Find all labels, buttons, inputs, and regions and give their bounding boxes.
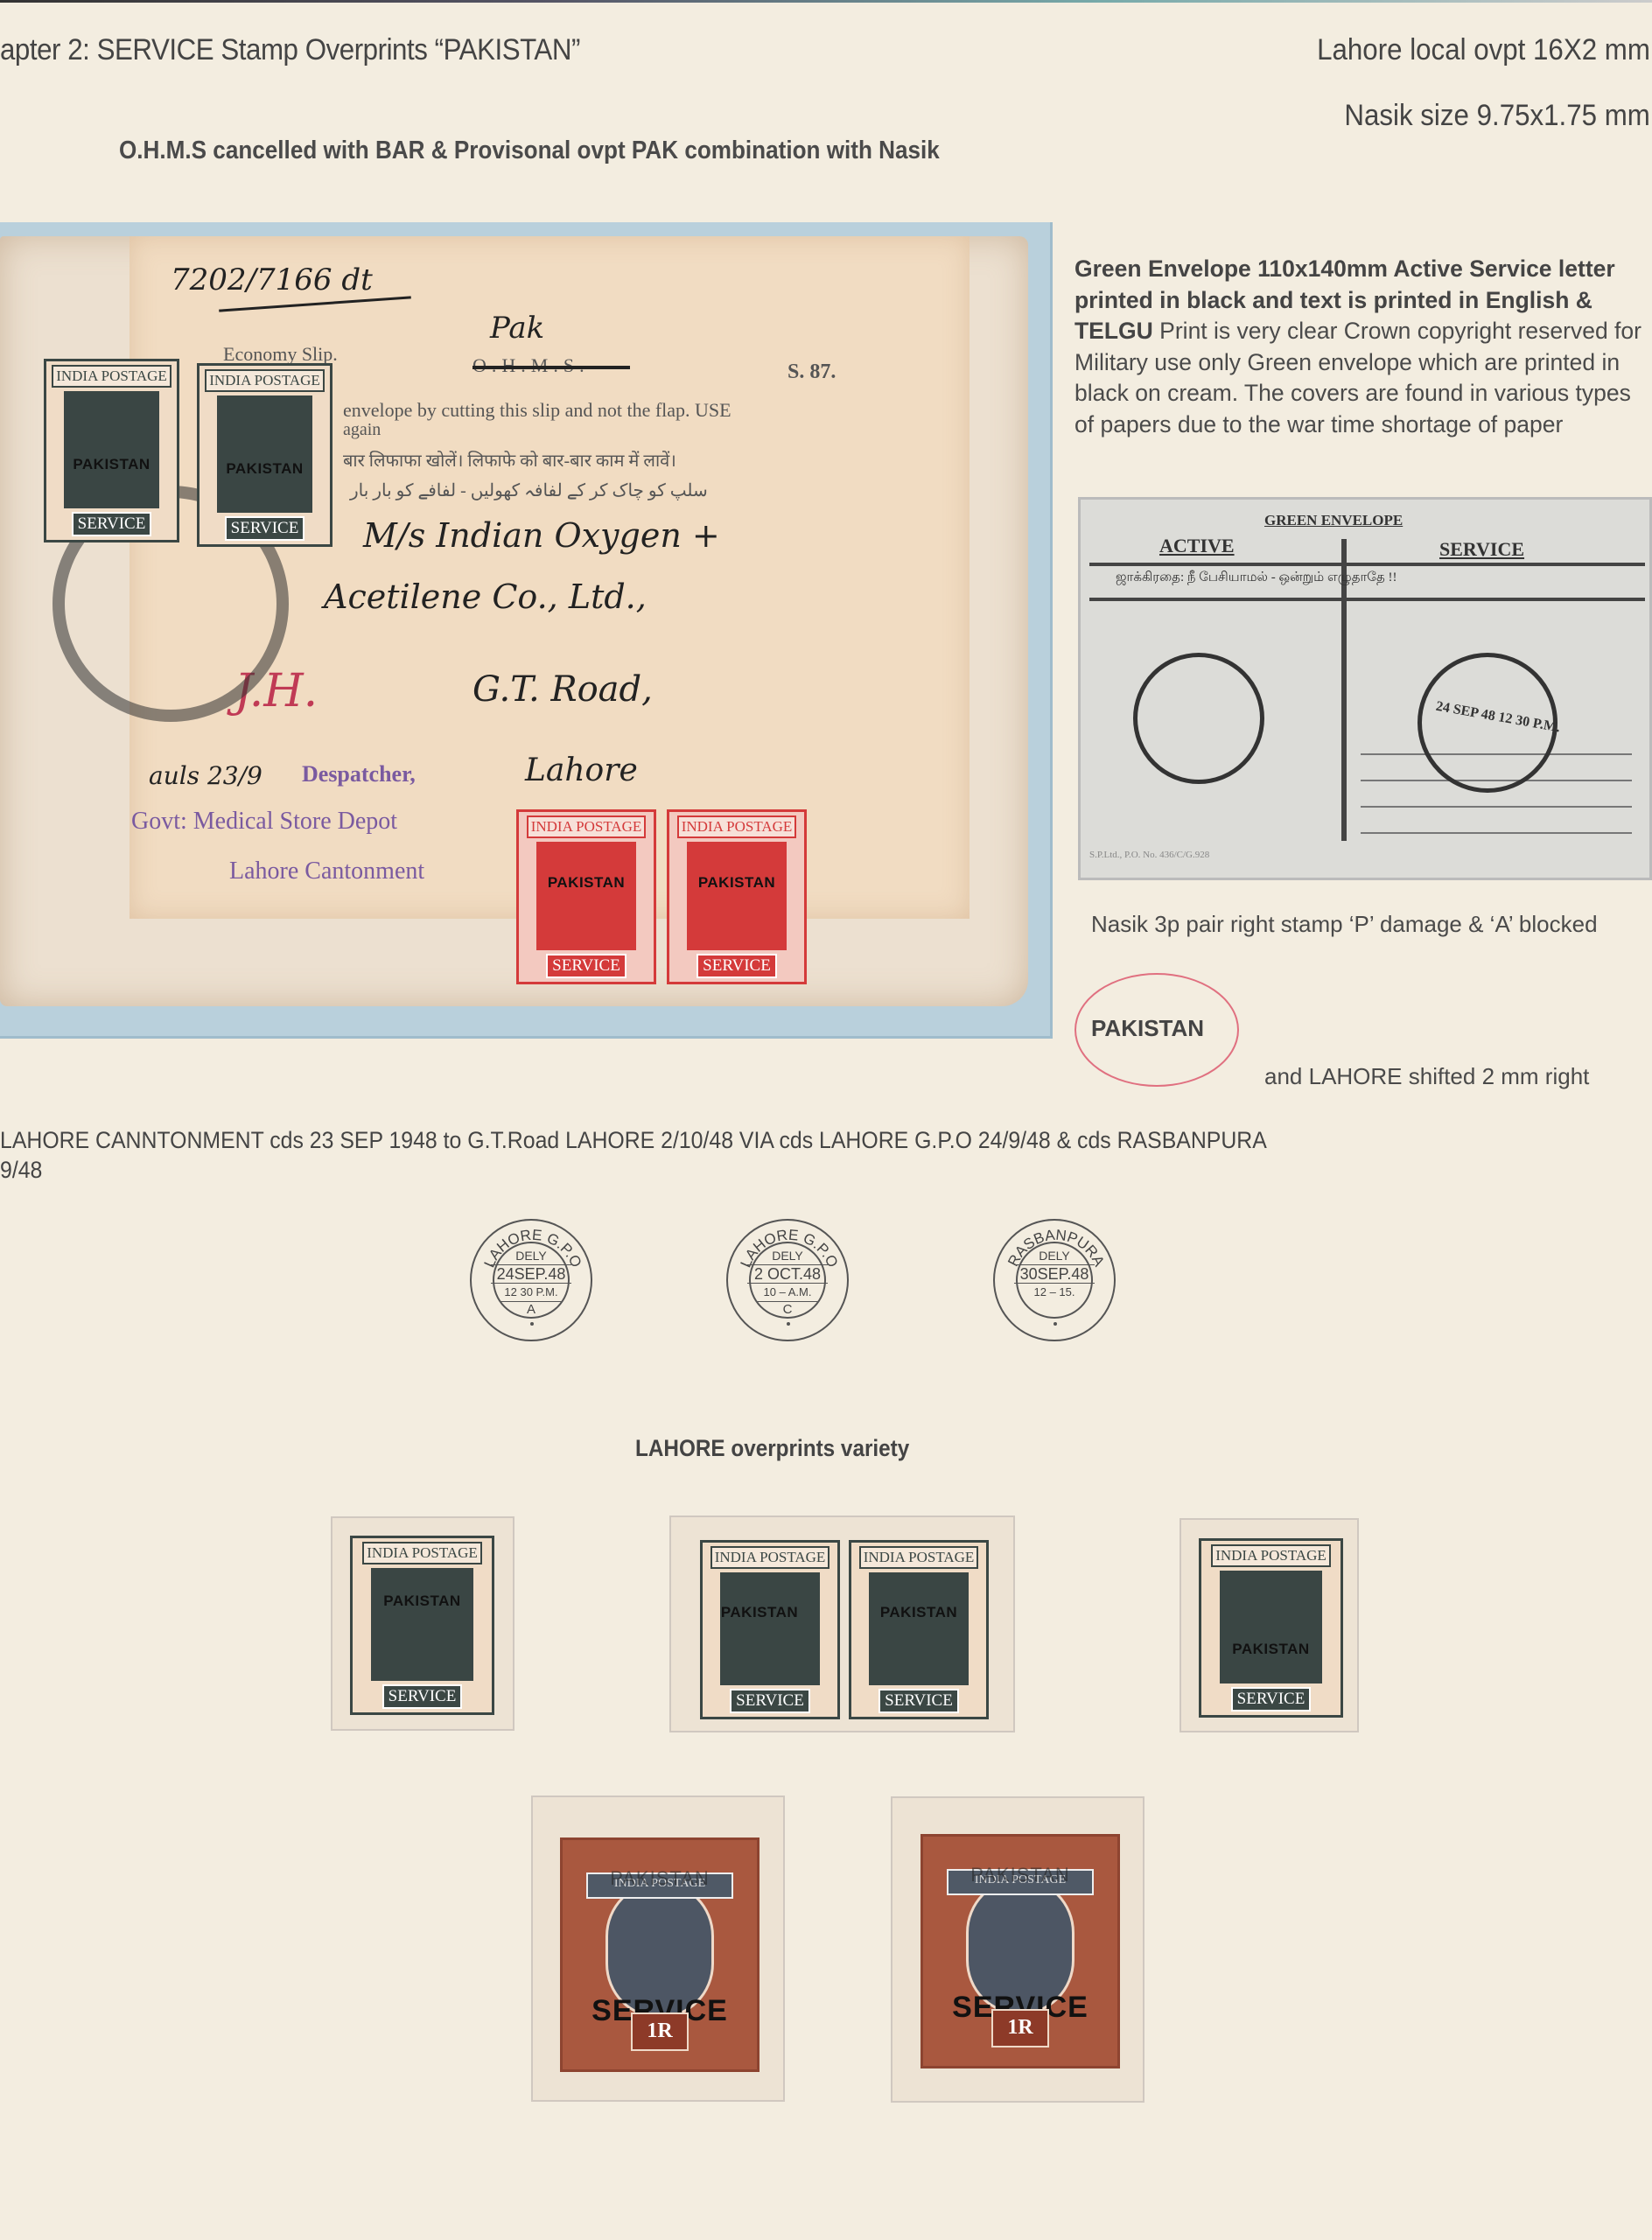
sender-initials: auls 23/9: [149, 761, 262, 790]
king-portrait: PAKISTAN: [217, 395, 313, 513]
postmark-label: DELY: [728, 1249, 847, 1263]
postmark-lahore-gpo-24sep: LAHORE G.P.O DELY 24SEP.48 12 30 P.M. A: [470, 1219, 592, 1341]
stamp-footer: SERVICE: [546, 954, 626, 978]
address-line: [1361, 832, 1632, 834]
green-envelope-heading: GREEN ENVELOPE: [1264, 512, 1403, 529]
stamp-footer: SERVICE: [72, 512, 152, 536]
scan-edge: [0, 0, 1652, 3]
stamp-overprint: PAKISTAN: [563, 1867, 757, 1890]
address-line-1: M/s Indian Oxygen +: [363, 516, 720, 555]
variety-stamp-1r-left: INDIA POSTAGE PAKISTAN SERVICE 1R: [560, 1837, 759, 2072]
stamp-header: INDIA POSTAGE: [710, 1546, 830, 1569]
slip-instruction-again: again: [343, 420, 381, 440]
stamp-overprint: PAKISTAN: [682, 874, 792, 892]
stamp-footer: SERVICE: [1231, 1687, 1312, 1711]
tamil-warning: ஜாக்கிரதை: நீ பேசியாமல் - ஒன்றும் எழுதாத…: [1116, 570, 1396, 586]
stamp-overprint: PAKISTAN: [366, 1592, 479, 1610]
stamp-value: 1R: [631, 2012, 689, 2051]
king-portrait: PAKISTAN: [687, 842, 787, 950]
stamp-overprint: PAKISTAN: [1214, 1641, 1328, 1658]
address-line-2: Acetilene Co., Ltd.,: [324, 577, 647, 616]
stamp-footer: SERVICE: [730, 1689, 810, 1713]
stamp-header: INDIA POSTAGE: [677, 815, 797, 838]
postmark-code: C: [757, 1301, 818, 1317]
green-envelope-image: GREEN ENVELOPE ACTIVE SERVICE ஜாக்கிரதை:…: [1078, 497, 1652, 880]
sender-line-1: Despatcher,: [302, 761, 416, 787]
variety-stamp-pair-right: INDIA POSTAGE PAKISTAN SERVICE: [849, 1540, 989, 1719]
king-portrait: PAKISTAN: [536, 842, 636, 950]
stamp-overprint: PAKISTAN: [923, 1864, 1117, 1886]
cover-stamp-3ps-left: INDIA POSTAGE PAKISTAN SERVICE: [44, 359, 179, 542]
page-subtitle: O.H.M.S cancelled with BAR & Provisonal …: [119, 136, 940, 165]
stamp-overprint: PAKISTAN: [864, 1604, 974, 1621]
cover-stamp-1a-left: INDIA POSTAGE PAKISTAN SERVICE: [516, 809, 656, 984]
sender-line-2: Govt: Medical Store Depot: [131, 808, 397, 836]
chapter-title: apter 2: SERVICE Stamp Overprints “PAKIS…: [0, 33, 580, 67]
stamp-footer: SERVICE: [382, 1684, 463, 1709]
stamp-overprint: PAKISTAN: [694, 1604, 825, 1621]
king-portrait: PAKISTAN: [371, 1568, 474, 1681]
stamp-header: INDIA POSTAGE: [205, 369, 325, 392]
postmark-rasbanpura-30sep: RASBANPURA DELY 30SEP.48 12 – 15.: [993, 1219, 1116, 1341]
variety-stamp-1: INDIA POSTAGE PAKISTAN SERVICE: [350, 1536, 494, 1715]
king-portrait: PAKISTAN: [869, 1572, 969, 1685]
king-portrait: PAKISTAN: [1220, 1571, 1323, 1683]
handwritten-pak: Pak: [490, 311, 544, 346]
route-description: LAHORE CANNTONMENT cds 23 SEP 1948 to G.…: [0, 1125, 1505, 1185]
active-title: ACTIVE: [1159, 535, 1235, 557]
postmark-time: 12 30 P.M.: [472, 1285, 591, 1298]
postmark-time: 10 – A.M.: [728, 1285, 847, 1298]
address-line-3: G.T. Road,: [472, 669, 653, 710]
stamp-header: INDIA POSTAGE: [52, 365, 171, 388]
divider: [1089, 598, 1645, 601]
stamp-footer: SERVICE: [878, 1689, 959, 1713]
postmark-left: [1133, 653, 1264, 784]
postmark-date: 24SEP.48: [491, 1264, 571, 1284]
slip-instruction-english: envelope by cutting this slip and not th…: [343, 399, 731, 422]
cover-stamp-1a-right: INDIA POSTAGE PAKISTAN SERVICE: [667, 809, 807, 984]
postmark-date: 30SEP.48: [1014, 1264, 1095, 1284]
postmark-label: DELY: [995, 1249, 1114, 1263]
handwritten-reference: 7202/7166 dt: [171, 262, 373, 297]
lahore-overprint-size: Lahore local ovpt 16X2 mm: [1317, 33, 1650, 67]
stamp-footer: SERVICE: [696, 954, 777, 978]
postmark-time: 12 – 15.: [995, 1285, 1114, 1298]
route-line-2: 9/48: [0, 1155, 1505, 1185]
description-normal: Print is very clear Crown copyright rese…: [1074, 318, 1641, 437]
printer-footer: S.P.Ltd., P.O. No. 436/C/G.928: [1089, 850, 1209, 860]
cover-stamp-3ps-right: INDIA POSTAGE PAKISTAN SERVICE: [197, 363, 332, 547]
king-portrait: PAKISTAN: [64, 391, 160, 508]
nasik-overprint-size: Nasik size 9.75x1.75 mm: [1345, 99, 1650, 133]
postmark-code: A: [500, 1301, 562, 1317]
ohms-bar-cancel: [472, 366, 630, 369]
address-line: [1361, 806, 1632, 808]
green-envelope-description: Green Envelope 110x140mm Active Service …: [1074, 254, 1643, 440]
stamp-overprint: PAKISTAN: [59, 456, 165, 473]
address-line-4: Lahore: [525, 752, 638, 788]
postmark-label: DELY: [472, 1249, 591, 1263]
service-title: SERVICE: [1439, 538, 1524, 561]
stamp-header: INDIA POSTAGE: [859, 1546, 979, 1569]
shifted-note: and LAHORE shifted 2 mm right: [1264, 1063, 1589, 1090]
stamp-overprint: PAKISTAN: [212, 460, 318, 478]
postmark-lahore-gpo-2oct: LAHORE G.P.O DELY 2 OCT.48 10 – A.M. C: [726, 1219, 849, 1341]
slip-instruction-urdu: سلپ کو چاک کر کے لفافہ کھولیں - لفافے کو…: [350, 479, 708, 501]
sender-line-3: Lahore Cantonment: [229, 857, 424, 885]
variety-stamp-1r-right: INDIA POSTAGE PAKISTAN SERVICE 1R: [920, 1834, 1120, 2068]
stamp-value: 1R: [991, 2009, 1050, 2047]
circled-overprint: PAKISTAN: [1091, 1015, 1204, 1042]
divider: [1089, 563, 1645, 566]
slip-instruction-hindi: बार लिफाफा खोलें। लिफाफे को बार-बार काम …: [343, 448, 676, 472]
nasik-note: Nasik 3p pair right stamp ‘P’ damage & ‘…: [1091, 908, 1634, 940]
stamp-footer: SERVICE: [225, 516, 305, 541]
king-portrait: PAKISTAN: [720, 1572, 820, 1685]
form-number: S. 87.: [787, 360, 836, 384]
variety-stamp-pair-left: INDIA POSTAGE PAKISTAN SERVICE: [700, 1540, 840, 1719]
stamp-header: INDIA POSTAGE: [1211, 1544, 1331, 1567]
variety-title: LAHORE overprints variety: [635, 1435, 909, 1462]
variety-stamp-4: INDIA POSTAGE PAKISTAN SERVICE: [1199, 1538, 1343, 1718]
route-line-1: LAHORE CANNTONMENT cds 23 SEP 1948 to G.…: [0, 1125, 1505, 1155]
postmark-date: 2 OCT.48: [747, 1264, 828, 1284]
stamp-header: INDIA POSTAGE: [362, 1542, 482, 1564]
stamp-overprint: PAKISTAN: [531, 874, 641, 892]
stamp-header: INDIA POSTAGE: [527, 815, 647, 838]
